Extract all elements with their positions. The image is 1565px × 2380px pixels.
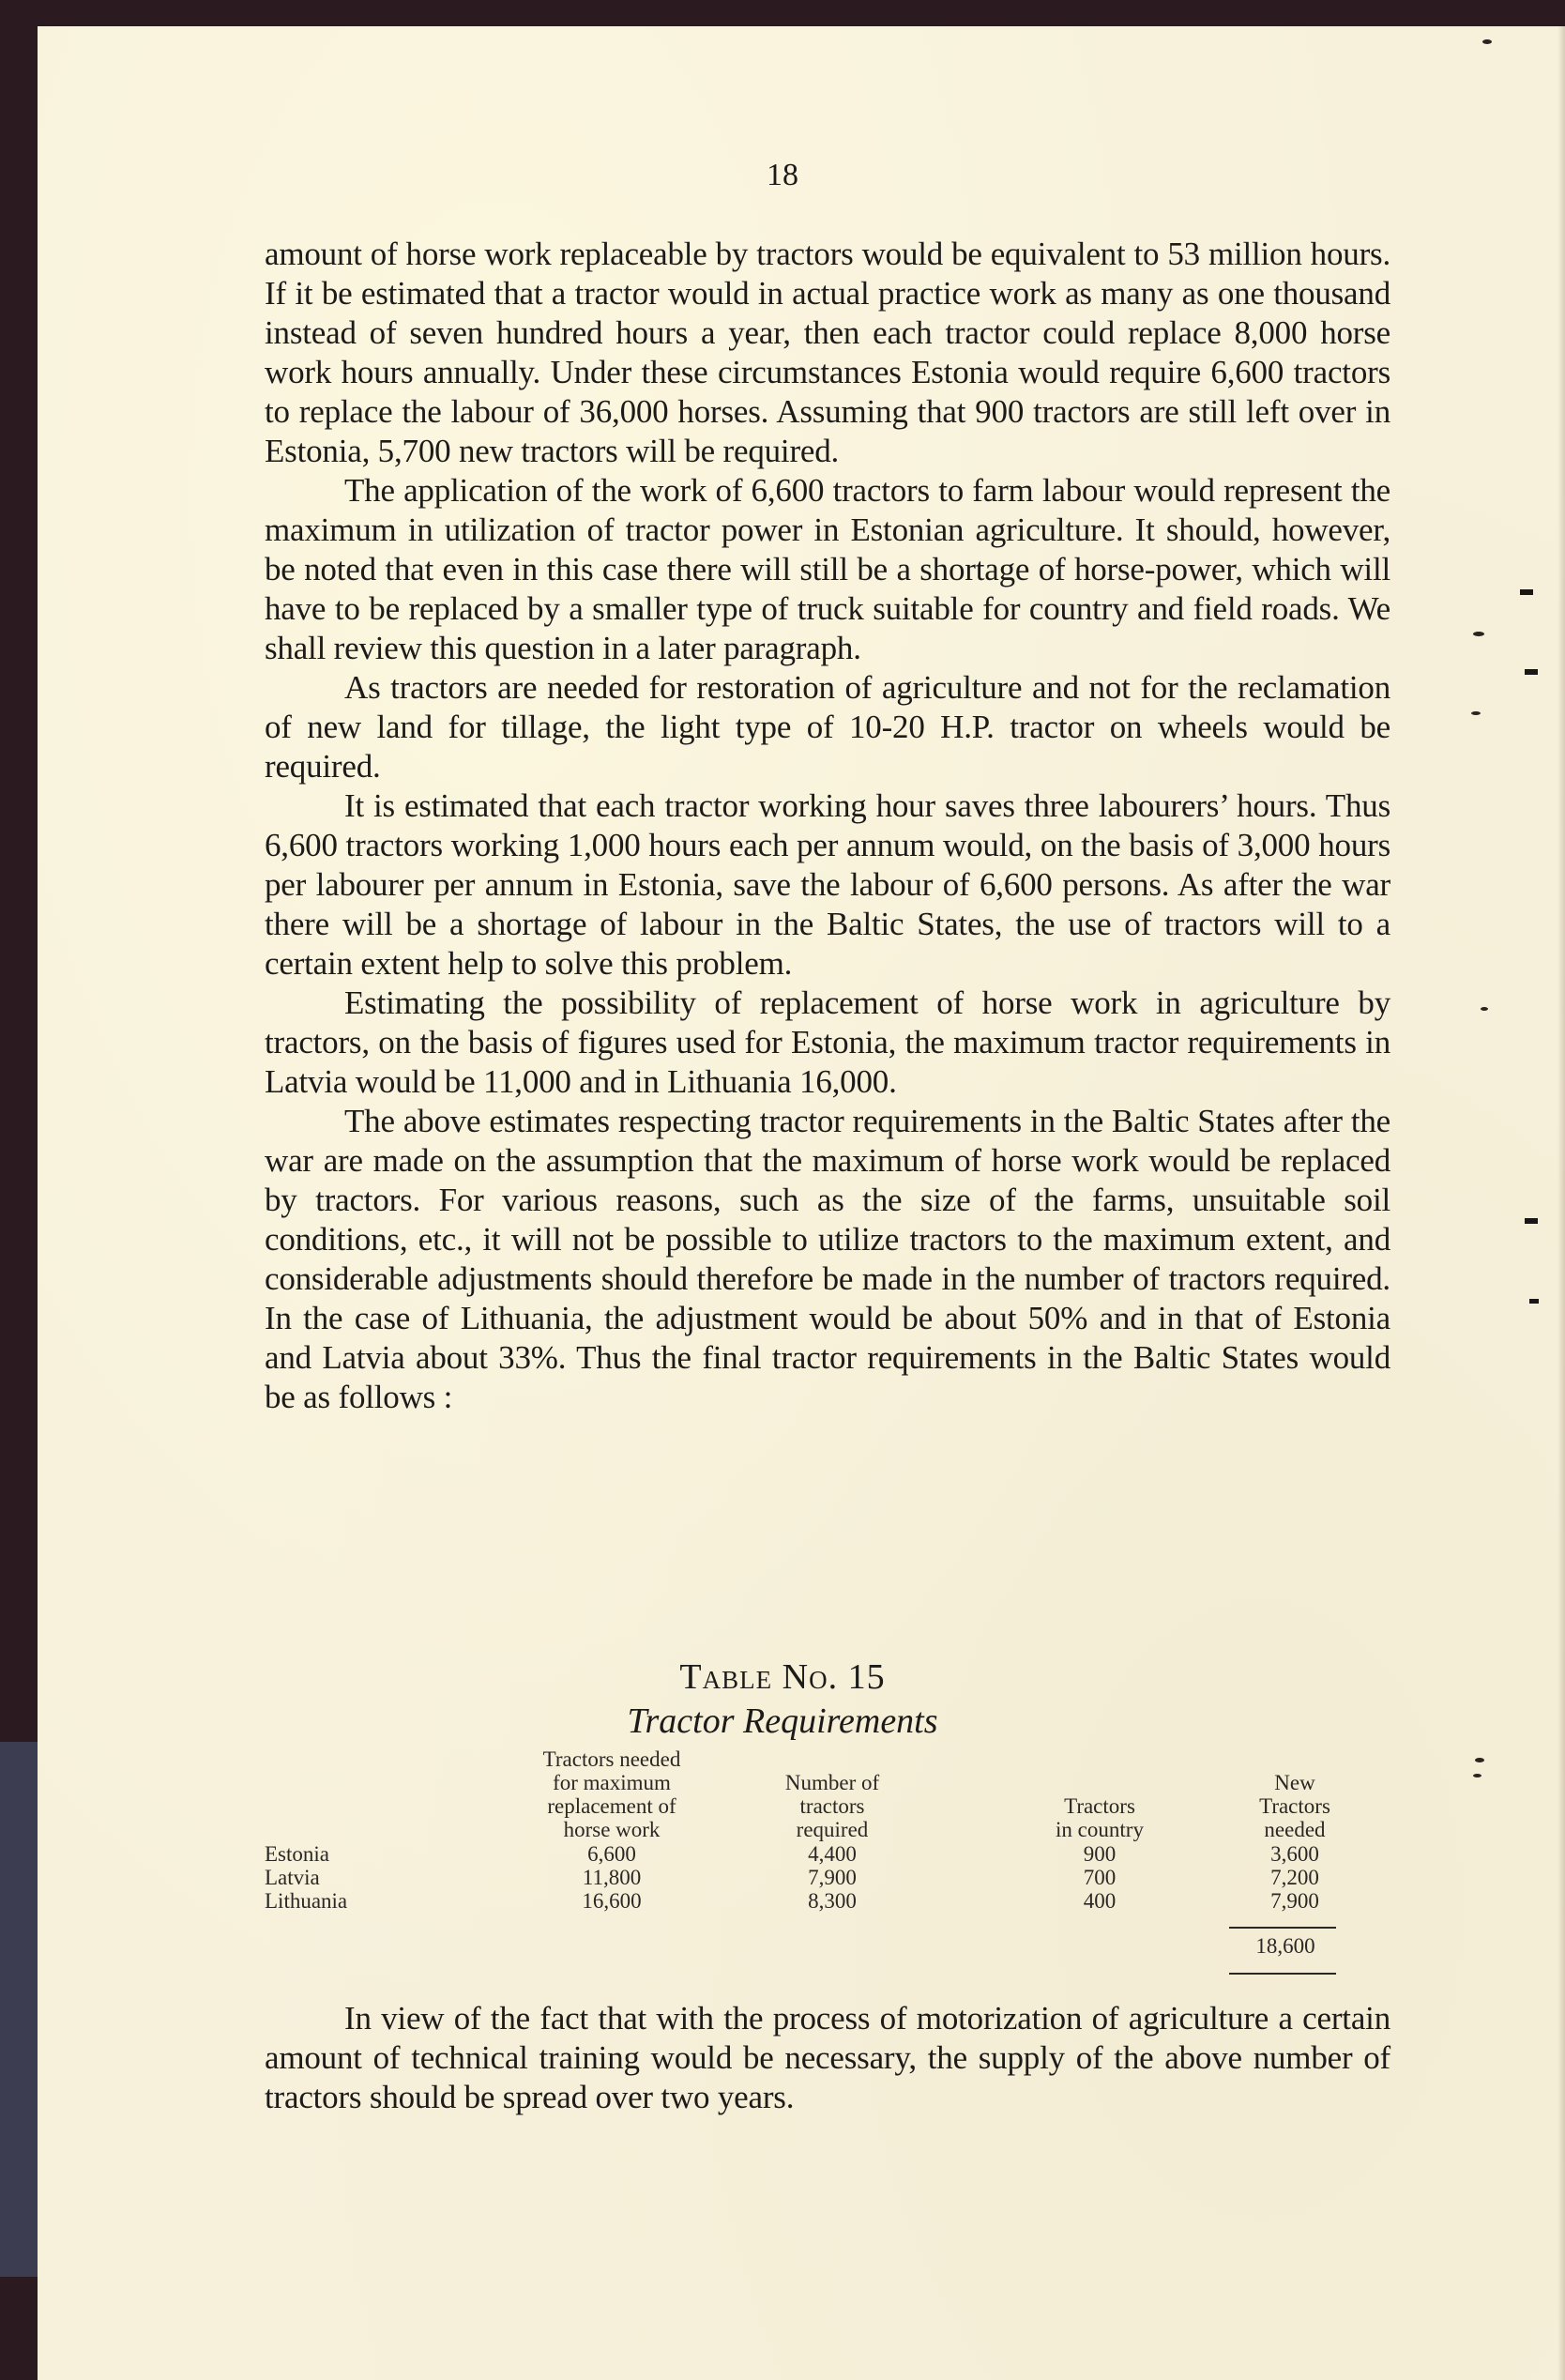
header-line: in country — [1006, 1818, 1193, 1841]
scan-border-top — [0, 0, 1565, 28]
cell-in-country: 400 — [1025, 1889, 1175, 1913]
table-number-heading: Table No. 15 — [0, 1656, 1565, 1698]
body-text-after-table: In view of the fact that with the proces… — [265, 1999, 1390, 2117]
paragraph: It is estimated that each tractor workin… — [265, 786, 1390, 984]
table-title: Tractor Requirements — [0, 1701, 1565, 1742]
header-line: Tractors needed — [499, 1747, 724, 1771]
header-line: Tractors — [1220, 1794, 1370, 1818]
row-label-latvia: Latvia — [265, 1866, 320, 1889]
cell-new-needed: 3,600 — [1220, 1842, 1370, 1866]
column-header-max-replacement: Tractors needed for maximum replacement … — [499, 1744, 724, 1841]
header-line: required — [738, 1818, 926, 1841]
cell-in-country: 900 — [1025, 1842, 1175, 1866]
body-text-before-table: amount of horse work replaceable by trac… — [265, 235, 1390, 1417]
header-line: needed — [1220, 1818, 1370, 1841]
total-rule-bottom — [1229, 1973, 1336, 1975]
header-line: New — [1220, 1771, 1370, 1794]
header-line: tractors — [738, 1794, 926, 1818]
total-rule-top — [1229, 1927, 1336, 1929]
cell-max-replacement: 16,600 — [537, 1889, 687, 1913]
column-header-in-country: Tractors in country — [1006, 1744, 1193, 1841]
header-line: Tractors — [1006, 1794, 1193, 1818]
paragraph: As tractors are needed for restoration o… — [265, 668, 1390, 786]
paragraph: In view of the fact that with the proces… — [265, 1999, 1390, 2117]
cell-max-replacement: 11,800 — [537, 1866, 687, 1889]
cell-required: 8,300 — [757, 1889, 907, 1913]
column-header-required: Number of tractors required — [738, 1744, 926, 1841]
cell-new-needed: 7,900 — [1220, 1889, 1370, 1913]
cell-required: 7,900 — [757, 1866, 907, 1889]
paragraph: Estimating the possibility of replacemen… — [265, 984, 1390, 1102]
column-header-new-needed: New Tractors needed — [1220, 1744, 1370, 1841]
cell-required: 4,400 — [757, 1842, 907, 1866]
cell-new-needed: 7,200 — [1220, 1866, 1370, 1889]
header-line: horse work — [499, 1818, 724, 1841]
total-new-needed: 18,600 — [1220, 1934, 1351, 1958]
page-number: 18 — [0, 158, 1565, 193]
cell-max-replacement: 6,600 — [537, 1842, 687, 1866]
paragraph: The application of the work of 6,600 tra… — [265, 471, 1390, 668]
cell-in-country: 700 — [1025, 1866, 1175, 1889]
header-line: for maximum — [499, 1771, 724, 1794]
row-label-lithuania: Lithuania — [265, 1889, 347, 1913]
paragraph: amount of horse work replaceable by trac… — [265, 235, 1390, 471]
page-edge-shadow — [1557, 26, 1565, 2380]
row-label-estonia: Estonia — [265, 1842, 329, 1866]
header-line: replacement of — [499, 1794, 724, 1818]
header-line: Number of — [738, 1771, 926, 1794]
paragraph: The above estimates respecting tractor r… — [265, 1102, 1390, 1417]
scan-border-left-blue — [0, 1742, 39, 2277]
